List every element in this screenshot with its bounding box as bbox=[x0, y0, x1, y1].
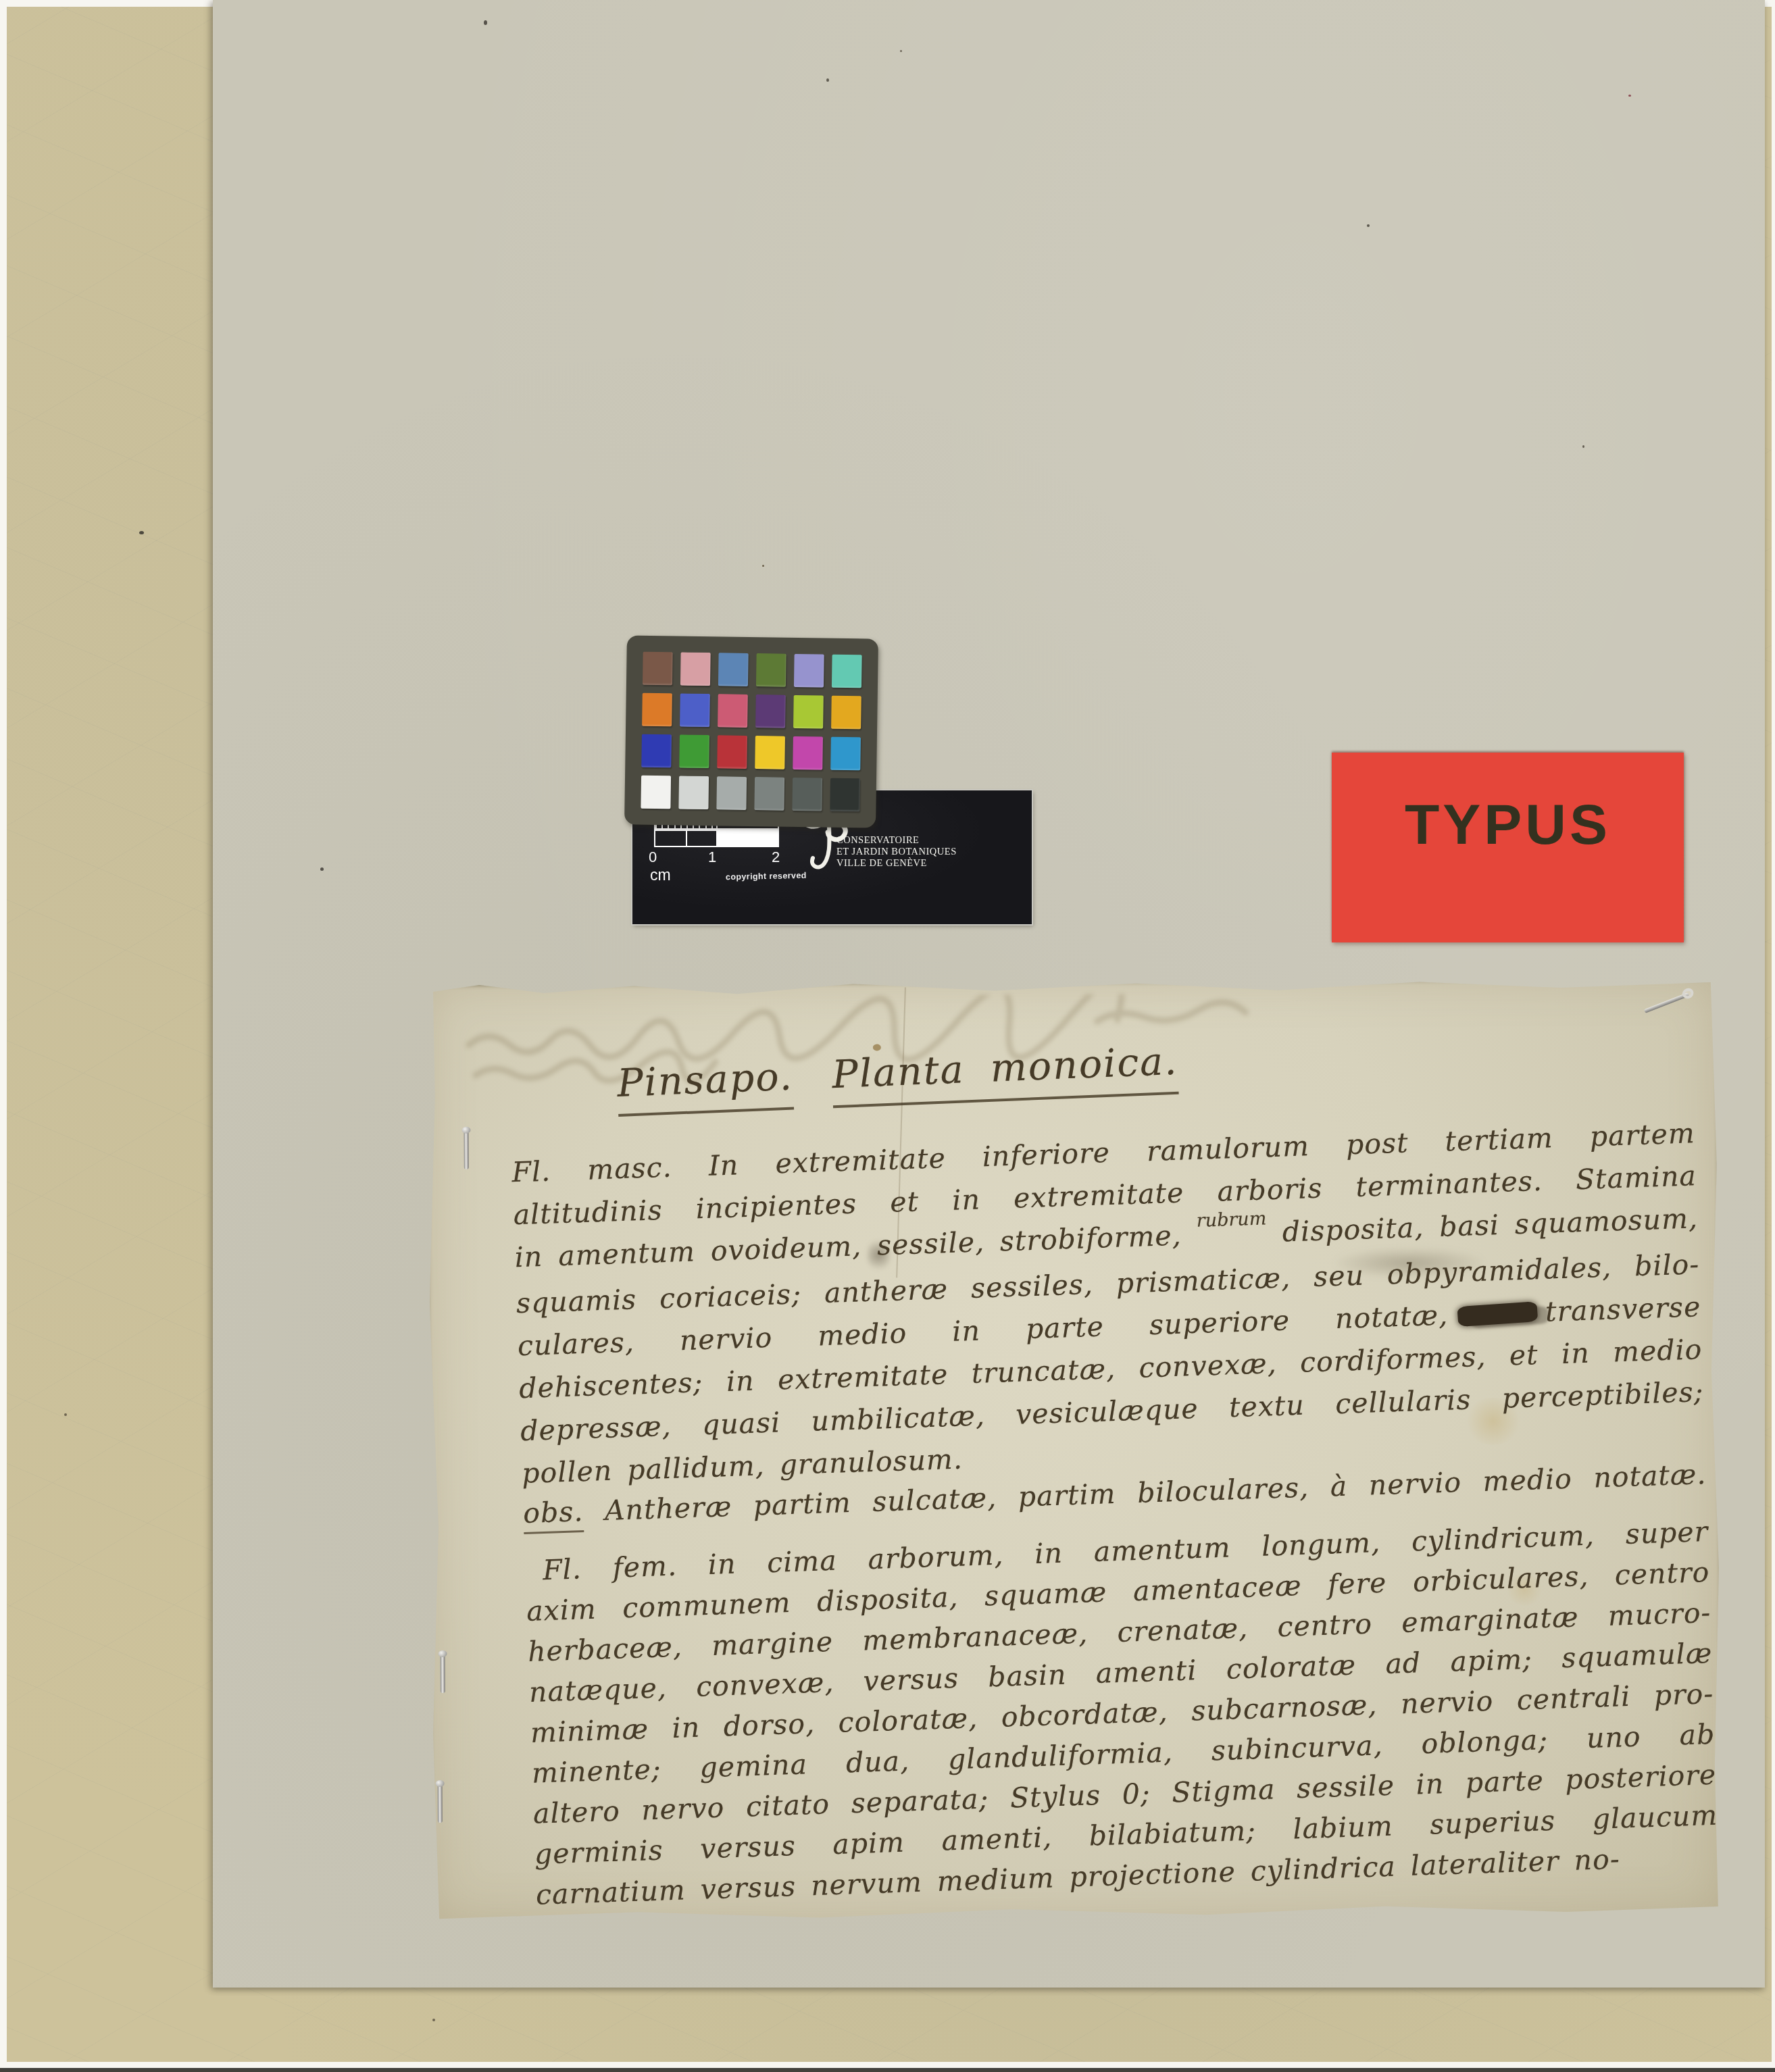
ruler-half-cm-cell bbox=[686, 831, 718, 846]
color-swatch bbox=[643, 652, 673, 686]
color-swatch bbox=[830, 737, 861, 771]
interlinear-insertion: rubrum bbox=[1196, 1208, 1266, 1231]
typus-text: TYPUS bbox=[1405, 792, 1611, 857]
color-swatch bbox=[641, 776, 671, 809]
typus-label: TYPUS bbox=[1332, 753, 1684, 942]
ruler-number-2: 2 bbox=[772, 849, 780, 866]
ruler-bottom-row bbox=[654, 830, 779, 847]
color-swatch bbox=[680, 653, 711, 686]
color-swatch bbox=[678, 776, 709, 810]
color-swatch bbox=[718, 653, 749, 686]
ruler-number-0: 0 bbox=[649, 849, 657, 866]
scan-edge-bar bbox=[0, 2068, 1775, 2072]
color-checker-card bbox=[624, 635, 878, 828]
color-swatch bbox=[718, 694, 748, 728]
manuscript-sheet: Pinsapo.Planta monoica. Fl. masc. In ext… bbox=[428, 978, 1720, 1921]
color-swatch bbox=[831, 696, 861, 730]
color-swatch bbox=[832, 655, 862, 688]
ruler-unit-label: cm bbox=[650, 866, 671, 884]
color-swatch bbox=[756, 653, 786, 687]
mounting-pin bbox=[1644, 992, 1689, 1013]
male-flower-paragraph: Fl. masc. In extremitate inferiore ramul… bbox=[511, 1112, 1706, 1495]
color-swatch bbox=[755, 736, 785, 769]
ruler-white-cm-cell bbox=[718, 831, 778, 846]
ruler-half-cm-cell bbox=[655, 831, 687, 846]
color-swatch bbox=[754, 777, 784, 811]
color-swatch bbox=[642, 693, 672, 727]
color-swatch bbox=[641, 734, 672, 768]
organization-line: VILLE DE GENÈVE bbox=[836, 858, 957, 869]
color-swatch bbox=[794, 654, 824, 688]
organization-name: CONSERVATOIRE ET JARDIN BOTANIQUES VILLE… bbox=[836, 835, 957, 869]
color-swatch bbox=[679, 735, 709, 769]
color-swatch bbox=[755, 694, 786, 728]
color-swatch bbox=[793, 695, 824, 729]
color-swatch bbox=[680, 694, 710, 728]
organization-line: ET JARDIN BOTANIQUES bbox=[836, 847, 957, 858]
obs-label: obs. bbox=[523, 1495, 584, 1534]
ruler-number-1: 1 bbox=[708, 849, 716, 866]
title-word: Pinsapo. bbox=[616, 1055, 795, 1117]
color-swatch bbox=[830, 778, 860, 812]
color-swatch bbox=[792, 778, 822, 811]
scratched-out-word bbox=[1457, 1301, 1538, 1327]
color-swatch bbox=[793, 736, 823, 770]
female-flower-paragraph: Fl. fem. in cima arborum, in amentum lon… bbox=[524, 1511, 1720, 1915]
color-swatch bbox=[716, 776, 747, 810]
color-swatch bbox=[717, 735, 747, 769]
mounting-pin bbox=[441, 1655, 445, 1693]
mounting-pin bbox=[464, 1132, 469, 1169]
mounting-pin bbox=[438, 1785, 443, 1823]
scanned-herbarium-sheet: 0 1 2 cm copyright reserved CONSERVATOIR… bbox=[0, 0, 1775, 2072]
organization-line: CONSERVATOIRE bbox=[836, 835, 957, 847]
